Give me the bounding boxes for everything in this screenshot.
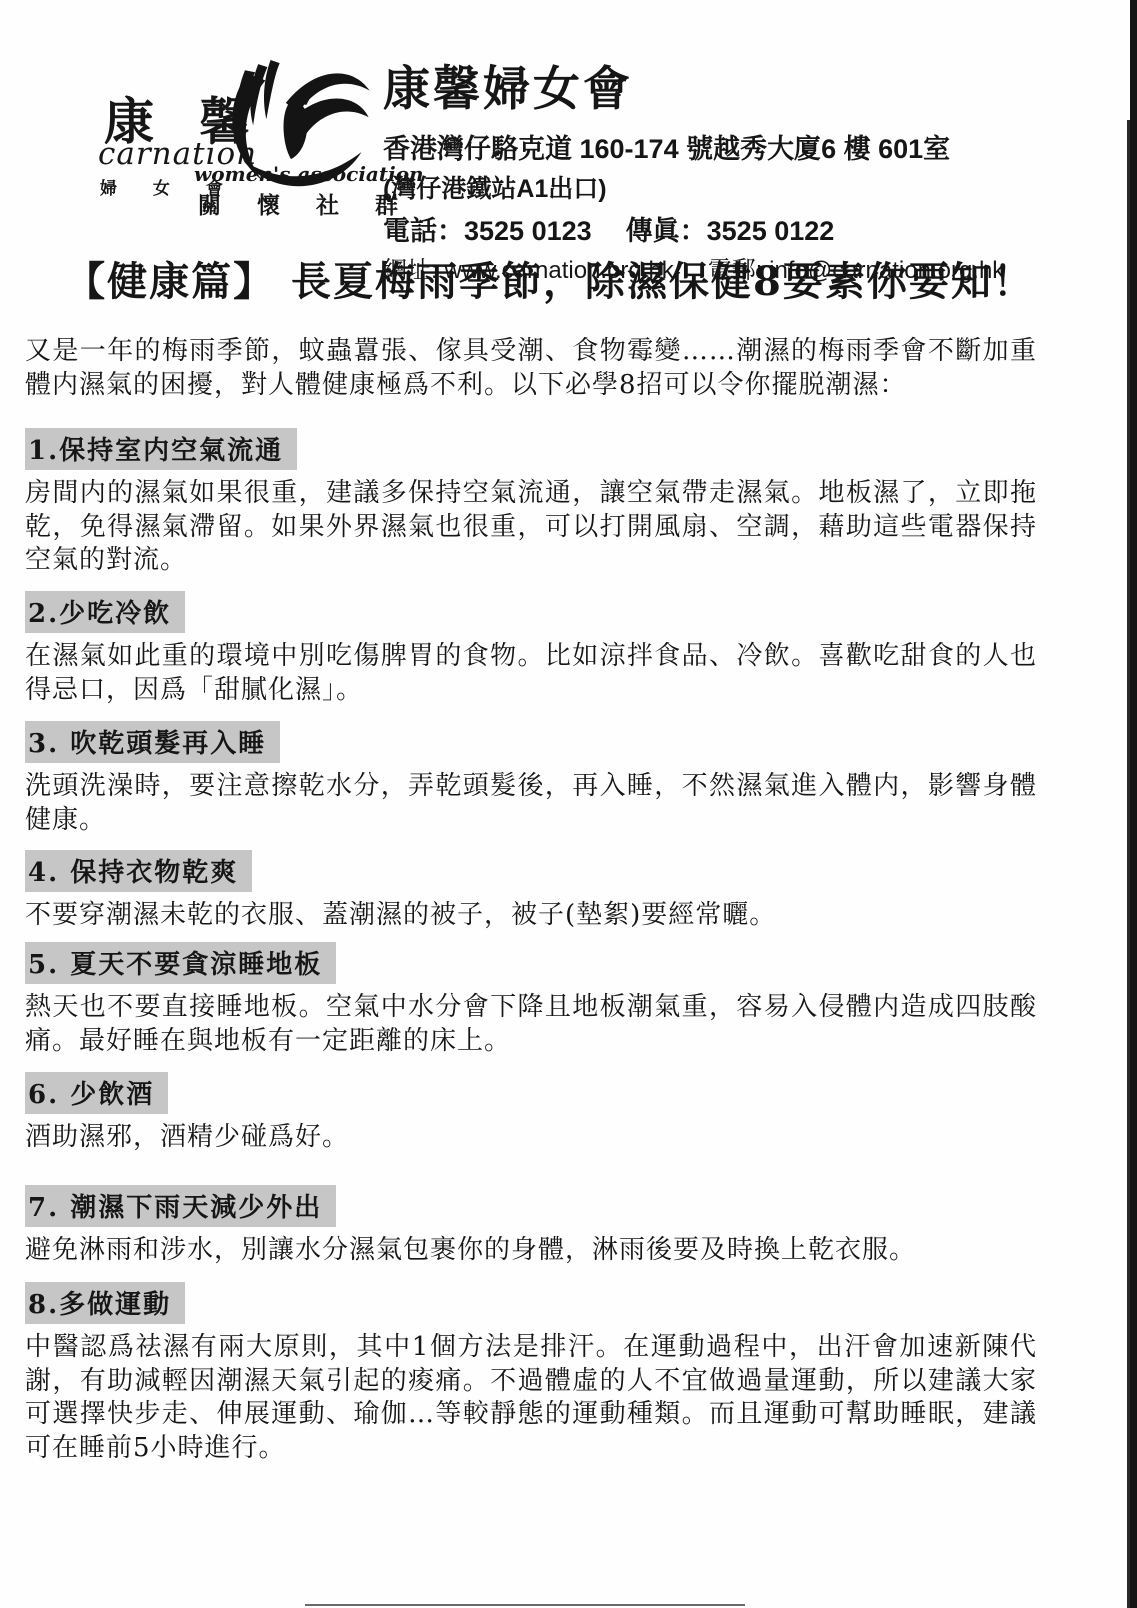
section-1-heading: 1.保持室内空氣流通 (25, 428, 297, 470)
address-line-2: (灣仔港鐵站A1出口) (383, 169, 1083, 205)
section-3-body: 洗頭洗澡時，要注意擦乾水分，弄乾頭髮後，再入睡，不然濕氣進入體内，影響身體健康。 (25, 770, 1037, 837)
scan-bottom-line-artifact (305, 1604, 745, 1606)
section-7-heading: 7. 潮濕下雨天減少外出 (25, 1185, 336, 1227)
phone-fax-line: 電話：3525 0123傳眞：3525 0122 (383, 209, 1083, 248)
section-5-heading: 5. 夏天不要貪涼睡地板 (25, 942, 336, 984)
fax-label: 傳眞： (626, 216, 707, 246)
phone-label: 電話： (383, 216, 464, 246)
section-4-body: 不要穿潮濕未乾的衣服、蓋潮濕的被子，被子(墊絮)要經常曬。 (25, 899, 1037, 933)
section-8: 8.多做運動 中醫認爲祛濕有兩大原則，其中1個方法是排汗。在運動過程中，出汗會加… (25, 1282, 1037, 1465)
section-2-body: 在濕氣如此重的環境中別吃傷脾胃的食物。比如涼拌食品、冷飲。喜歡吃甜食的人也得忌口… (25, 640, 1037, 707)
section-2: 2.少吃冷飲 在濕氣如此重的環境中別吃傷脾胃的食物。比如涼拌食品、冷飲。喜歡吃甜… (25, 591, 1037, 707)
organization-name: 康馨婦女會 (383, 52, 1083, 119)
section-6-body: 酒助濕邪，酒精少碰爲好。 (25, 1121, 1037, 1155)
section-4-heading: 4. 保持衣物乾爽 (25, 850, 252, 892)
section-3: 3. 吹乾頭髮再入睡 洗頭洗澡時，要注意擦乾水分，弄乾頭髮後，再入睡，不然濕氣進… (25, 721, 1037, 837)
section-5-body: 熱天也不要直接睡地板。空氣中水分會下降且地板潮氣重，容易入侵體内造成四肢酸痛。最… (25, 991, 1037, 1058)
section-1-body: 房間内的濕氣如果很重，建議多保持空氣流通，讓空氣帶走濕氣。地板濕了，立即拖乾，免… (25, 477, 1037, 578)
section-6-heading: 6. 少飲酒 (25, 1072, 168, 1114)
organization-logo: 康 馨 carnation 婦 女 會 women's association … (92, 58, 392, 228)
section-7: 7. 潮濕下雨天減少外出 避免淋雨和涉水，別讓水分濕氣包裹你的身體，淋雨後要及時… (25, 1185, 1037, 1268)
intro-paragraph: 又是一年的梅雨季節，蚊蟲囂張、傢具受潮、食物霉變……潮濕的梅雨季會不斷加重體内濕… (25, 334, 1037, 402)
address-line-1: 香港灣仔駱克道 160-174 號越秀大廈6 樓 601室 (383, 127, 1083, 166)
scanned-flyer-page: 康 馨 carnation 婦 女 會 women's association … (0, 0, 1137, 1608)
section-8-body: 中醫認爲祛濕有兩大原則，其中1個方法是排汗。在運動過程中，出汗會加速新陳代謝，有… (25, 1331, 1037, 1465)
section-3-heading: 3. 吹乾頭髮再入睡 (25, 721, 280, 763)
scan-edge-artifact (1130, 0, 1137, 1608)
section-5: 5. 夏天不要貪涼睡地板 熱天也不要直接睡地板。空氣中水分會下降且地板潮氣重，容… (25, 942, 1037, 1058)
phone-number: 3525 0123 (464, 216, 592, 246)
section-1: 1.保持室内空氣流通 房間内的濕氣如果很重，建議多保持空氣流通，讓空氣帶走濕氣。… (25, 428, 1037, 578)
section-4: 4. 保持衣物乾爽 不要穿潮濕未乾的衣服、蓋潮濕的被子，被子(墊絮)要經常曬。 (25, 850, 1037, 933)
logo-tagline: 關 懷 社 群 (198, 187, 412, 220)
article-title: 【健康篇】 長夏梅雨季節，除濕保健8要素你要知！ (0, 250, 1100, 307)
section-7-body: 避免淋雨和涉水，別讓水分濕氣包裹你的身體，淋雨後要及時換上乾衣服。 (25, 1234, 1037, 1268)
section-8-heading: 8.多做運動 (25, 1282, 185, 1324)
section-2-heading: 2.少吃冷飲 (25, 591, 185, 633)
fax-number: 3525 0122 (707, 216, 835, 246)
section-6: 6. 少飲酒 酒助濕邪，酒精少碰爲好。 (25, 1072, 1037, 1155)
